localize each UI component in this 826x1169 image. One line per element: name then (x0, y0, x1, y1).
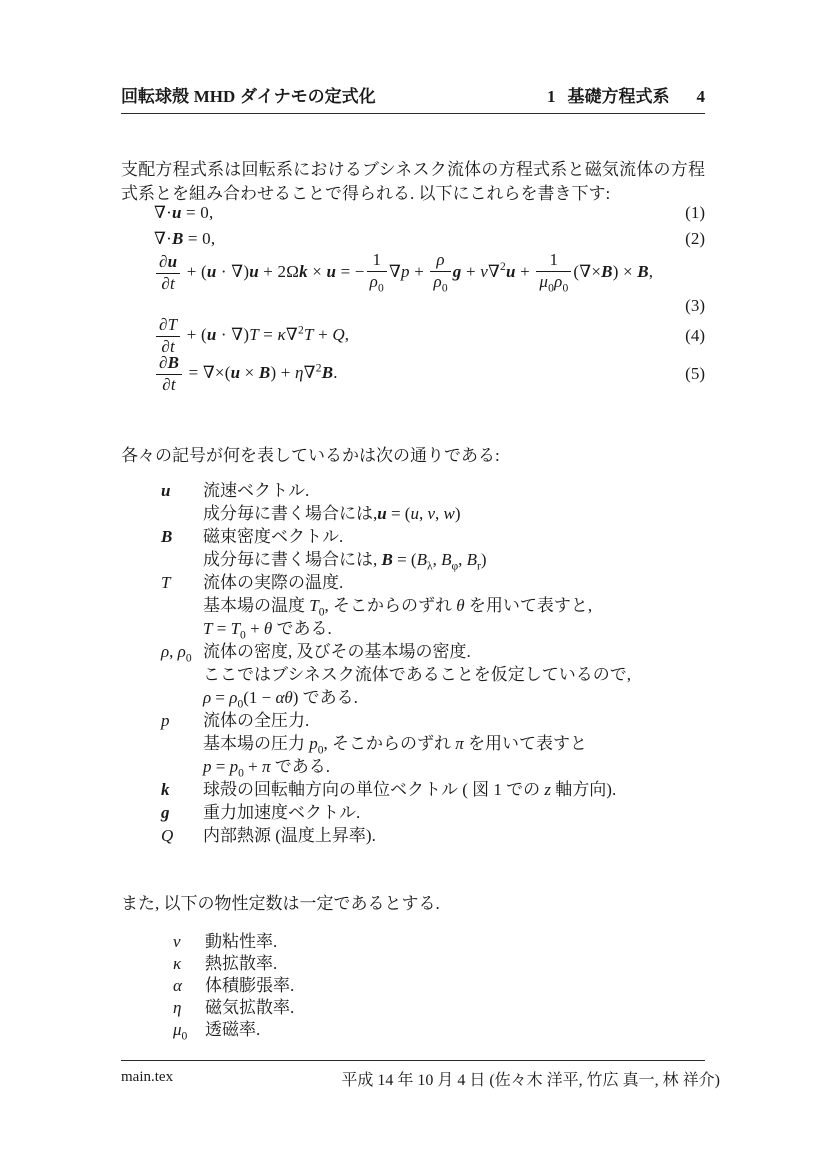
footer-rule: main.tex 平成 14 年 10 月 4 日 (佐々木 洋平, 竹広 真一… (121, 1060, 705, 1067)
section-header: 1基礎方程式系4 (547, 87, 705, 106)
equation-3-number: (3) (685, 296, 705, 316)
constant-glyph: ν (173, 931, 181, 953)
symbol-description-line: 基本場の圧力 p0, そこからのずれ π を用いて表すと (203, 732, 705, 755)
equation-3-label-row: (3) (121, 295, 705, 317)
equation-row-2: ∇·B = 0,(2) (121, 226, 705, 251)
symbol-description-line: 流体の実際の温度. (203, 571, 705, 594)
constant-item-3: η磁気拡散率. (121, 997, 705, 1019)
equation-row-4: ∂T∂t + (u · ∇)T = κ∇2T + Q,(4) (121, 317, 705, 355)
symbol-description-line: 基本場の温度 T0, そこからのずれ θ を用いて表すと, (203, 594, 705, 617)
equation-1-number: (1) (685, 203, 705, 223)
equation-row-1: ∇·u = 0,(1) (121, 200, 705, 226)
equation-4-number: (4) (685, 326, 705, 346)
symbol-glyph: k (161, 778, 170, 801)
symbol-description-line: T = T0 + θ である. (203, 617, 705, 640)
footer-filename: main.tex (121, 1069, 173, 1086)
equation-5-number: (5) (685, 364, 705, 384)
symbol-item-6: g重力加速度ベクトル. (121, 801, 705, 824)
constant-glyph: κ (173, 953, 181, 975)
symbol-item-5: k球殻の回転軸方向の単位ベクトル ( 図 1 での z 軸方向). (121, 778, 705, 801)
symbol-definition-list: u流速ベクトル.成分毎に書く場合には,u = (u, v, w)B磁束密度ベクト… (121, 479, 705, 847)
constant-description: 熱拡散率. (205, 954, 277, 973)
symbol-description-line: 流体の全圧力. (203, 709, 705, 732)
equation-2-number: (2) (685, 229, 705, 249)
constant-description: 動粘性率. (205, 932, 277, 951)
symbol-description-line: ρ = ρ0(1 − αθ) である. (203, 686, 705, 709)
symbols-intro-paragraph: 各々の記号が何を表しているかは次の通りである: (121, 444, 705, 468)
footer-date-authors: 平成 14 年 10 月 4 日 (佐々木 洋平, 竹広 真一, 林 祥介) (341, 1067, 720, 1090)
equation-row-3: ∂u∂t + (u · ∇)u + 2Ωk × u = −1ρ0∇p + ρρ0… (121, 251, 705, 295)
equation-3-math: ∂u∂t + (u · ∇)u + 2Ωk × u = −1ρ0∇p + ρρ0… (154, 251, 653, 295)
symbol-item-2: T流体の実際の温度.基本場の温度 T0, そこからのずれ θ を用いて表すと,T… (121, 571, 705, 640)
running-header: 回転球殻 MHD ダイナモの定式化 1基礎方程式系4 (121, 87, 705, 114)
equation-4-math: ∂T∂t + (u · ∇)T = κ∇2T + Q, (154, 316, 349, 356)
symbol-glyph: B (161, 525, 172, 548)
symbol-description-line: 球殻の回転軸方向の単位ベクトル ( 図 1 での z 軸方向). (203, 778, 705, 801)
symbol-glyph: T (161, 571, 170, 594)
constant-glyph: μ0 (173, 1019, 187, 1047)
equation-row-5: ∂B∂t = ∇×(u × B) + η∇2B.(5) (121, 355, 705, 393)
symbol-description-line: 成分毎に書く場合には,u = (u, v, w) (203, 502, 705, 525)
constant-description: 磁気拡散率. (205, 998, 294, 1017)
symbol-description-line: 磁束密度ベクトル. (203, 525, 705, 548)
equation-2-math: ∇·B = 0, (154, 229, 215, 249)
symbol-glyph: g (161, 801, 170, 824)
symbol-description-line: p = p0 + π である. (203, 755, 705, 778)
paper-page: 回転球殻 MHD ダイナモの定式化 1基礎方程式系4 支配方程式系は回転系におけ… (0, 0, 826, 1169)
constant-item-2: α体積膨張率. (121, 975, 705, 997)
equations-block: ∇·u = 0,(1)∇·B = 0,(2)∂u∂t + (u · ∇)u + … (121, 200, 705, 393)
symbol-description-line: ここではブシネスク流体であることを仮定しているので, (203, 663, 705, 686)
section-title: 基礎方程式系 (568, 87, 670, 106)
symbol-glyph: ρ, ρ0 (161, 640, 192, 669)
symbol-glyph: u (161, 479, 170, 502)
constant-item-1: κ熱拡散率. (121, 953, 705, 975)
page-number: 4 (697, 87, 706, 106)
constant-glyph: η (173, 997, 181, 1019)
constant-glyph: α (173, 975, 182, 997)
symbol-description-line: 流速ベクトル. (203, 479, 705, 502)
symbol-item-0: u流速ベクトル.成分毎に書く場合には,u = (u, v, w) (121, 479, 705, 525)
symbol-item-4: p流体の全圧力.基本場の圧力 p0, そこからのずれ π を用いて表すとp = … (121, 709, 705, 778)
symbol-item-7: Q内部熱源 (温度上昇率). (121, 824, 705, 847)
constant-item-4: μ0透磁率. (121, 1019, 705, 1041)
document-title: 回転球殻 MHD ダイナモの定式化 (121, 87, 376, 106)
section-number: 1 (547, 87, 556, 106)
constant-description: 透磁率. (205, 1020, 260, 1039)
symbol-glyph: Q (161, 824, 173, 847)
symbol-description-line: 内部熱源 (温度上昇率). (203, 824, 705, 847)
symbol-item-1: B磁束密度ベクトル.成分毎に書く場合には, B = (Bλ, Bφ, Br) (121, 525, 705, 571)
symbol-description-line: 流体の密度, 及びその基本場の密度. (203, 640, 705, 663)
constant-item-0: ν動粘性率. (121, 931, 705, 953)
symbol-description-line: 成分毎に書く場合には, B = (Bλ, Bφ, Br) (203, 548, 705, 571)
constant-description: 体積膨張率. (205, 976, 294, 995)
intro-paragraph: 支配方程式系は回転系におけるブシネスク流体の方程式系と磁気流体の方程式系とを組み… (121, 158, 705, 205)
symbol-item-3: ρ, ρ0流体の密度, 及びその基本場の密度.ここではブシネスク流体であることを… (121, 640, 705, 709)
equation-1-math: ∇·u = 0, (154, 203, 213, 223)
equation-5-math: ∂B∂t = ∇×(u × B) + η∇2B. (154, 354, 338, 394)
symbol-glyph: p (161, 709, 170, 732)
constants-definition-list: ν動粘性率.κ熱拡散率.α体積膨張率.η磁気拡散率.μ0透磁率. (121, 931, 705, 1041)
constants-intro-paragraph: また, 以下の物性定数は一定であるとする. (121, 892, 705, 916)
symbol-description-line: 重力加速度ベクトル. (203, 801, 705, 824)
